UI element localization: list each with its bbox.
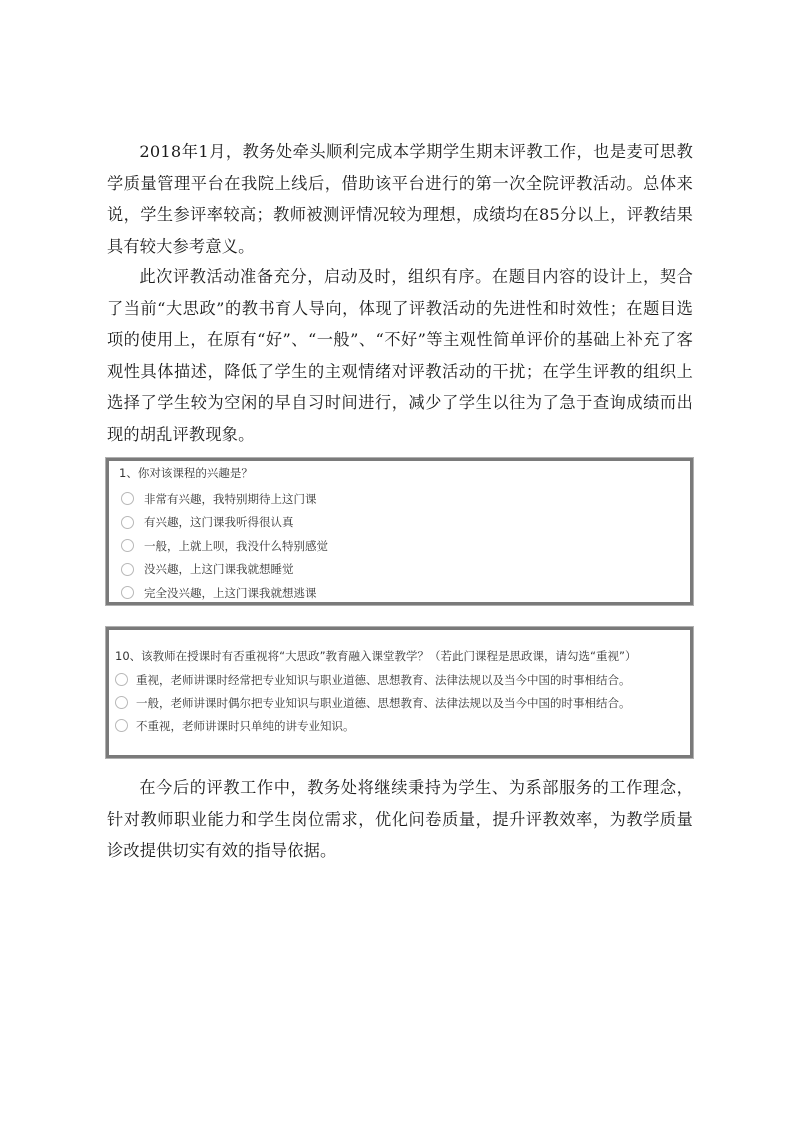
radio-option[interactable]: 完全没兴趣，上这门课我就想逃课 <box>109 581 690 605</box>
question-title: 10、该教师在授课时有否重视将“大思政”教育融入课堂教学？（若此门课程是思政课，… <box>109 630 690 668</box>
radio-option[interactable]: 没兴趣，上这门课我就想睡觉 <box>109 558 690 582</box>
radio-option[interactable]: 有兴趣，这门课我听得很认真 <box>109 511 690 535</box>
option-label: 一般，上就上呗，我没什么特别感觉 <box>144 538 328 554</box>
radio-option[interactable]: 非常有兴趣，我特别期待上这门课 <box>109 487 690 511</box>
paragraph-summary: 2018年1月，教务处牵头顺利完成本学期学生期末评教工作，也是麦可思教学质量管理… <box>107 136 693 262</box>
radio-option[interactable]: 重视，老师讲课时经常把专业知识与职业道德、思想教育、法律法规以及当今中国的时事相… <box>109 668 690 691</box>
radio-circle-icon[interactable] <box>121 563 134 576</box>
option-label: 重视，老师讲课时经常把专业知识与职业道德、思想教育、法律法规以及当今中国的时事相… <box>136 672 631 688</box>
survey-question-10-screenshot: 10、该教师在授课时有否重视将“大思政”教育融入课堂教学？（若此门课程是思政课，… <box>106 627 693 758</box>
option-label: 有兴趣，这门课我听得很认真 <box>144 514 294 530</box>
option-label: 不重视，老师讲课时只单纯的讲专业知识。 <box>136 718 355 734</box>
radio-option[interactable]: 一般，老师讲课时偶尔把专业知识与职业道德、思想教育、法律法规以及当今中国的时事相… <box>109 691 690 714</box>
option-label: 一般，老师讲课时偶尔把专业知识与职业道德、思想教育、法律法规以及当今中国的时事相… <box>136 695 631 711</box>
radio-option[interactable]: 不重视，老师讲课时只单纯的讲专业知识。 <box>109 714 690 737</box>
radio-circle-icon[interactable] <box>121 586 134 599</box>
option-label: 非常有兴趣，我特别期待上这门课 <box>144 491 317 507</box>
option-label: 完全没兴趣，上这门课我就想逃课 <box>144 585 317 601</box>
paragraph-outlook: 在今后的评教工作中，教务处将继续秉持为学生、为系部服务的工作理念，针对教师职业能… <box>107 772 693 867</box>
radio-circle-icon[interactable] <box>115 673 128 686</box>
radio-circle-icon[interactable] <box>121 516 134 529</box>
radio-circle-icon[interactable] <box>121 539 134 552</box>
survey-question-1-screenshot: 1、你对该课程的兴趣是？ 非常有兴趣，我特别期待上这门课 有兴趣，这门课我听得很… <box>106 458 693 605</box>
radio-circle-icon[interactable] <box>115 719 128 732</box>
radio-circle-icon[interactable] <box>121 492 134 505</box>
option-label: 没兴趣，上这门课我就想睡觉 <box>144 561 294 577</box>
radio-circle-icon[interactable] <box>115 696 128 709</box>
question-title: 1、你对该课程的兴趣是？ <box>109 461 690 487</box>
radio-option[interactable]: 一般，上就上呗，我没什么特别感觉 <box>109 534 690 558</box>
paragraph-preparation: 此次评教活动准备充分，启动及时，组织有序。在题目内容的设计上，契合了当前“大思政… <box>107 261 693 451</box>
